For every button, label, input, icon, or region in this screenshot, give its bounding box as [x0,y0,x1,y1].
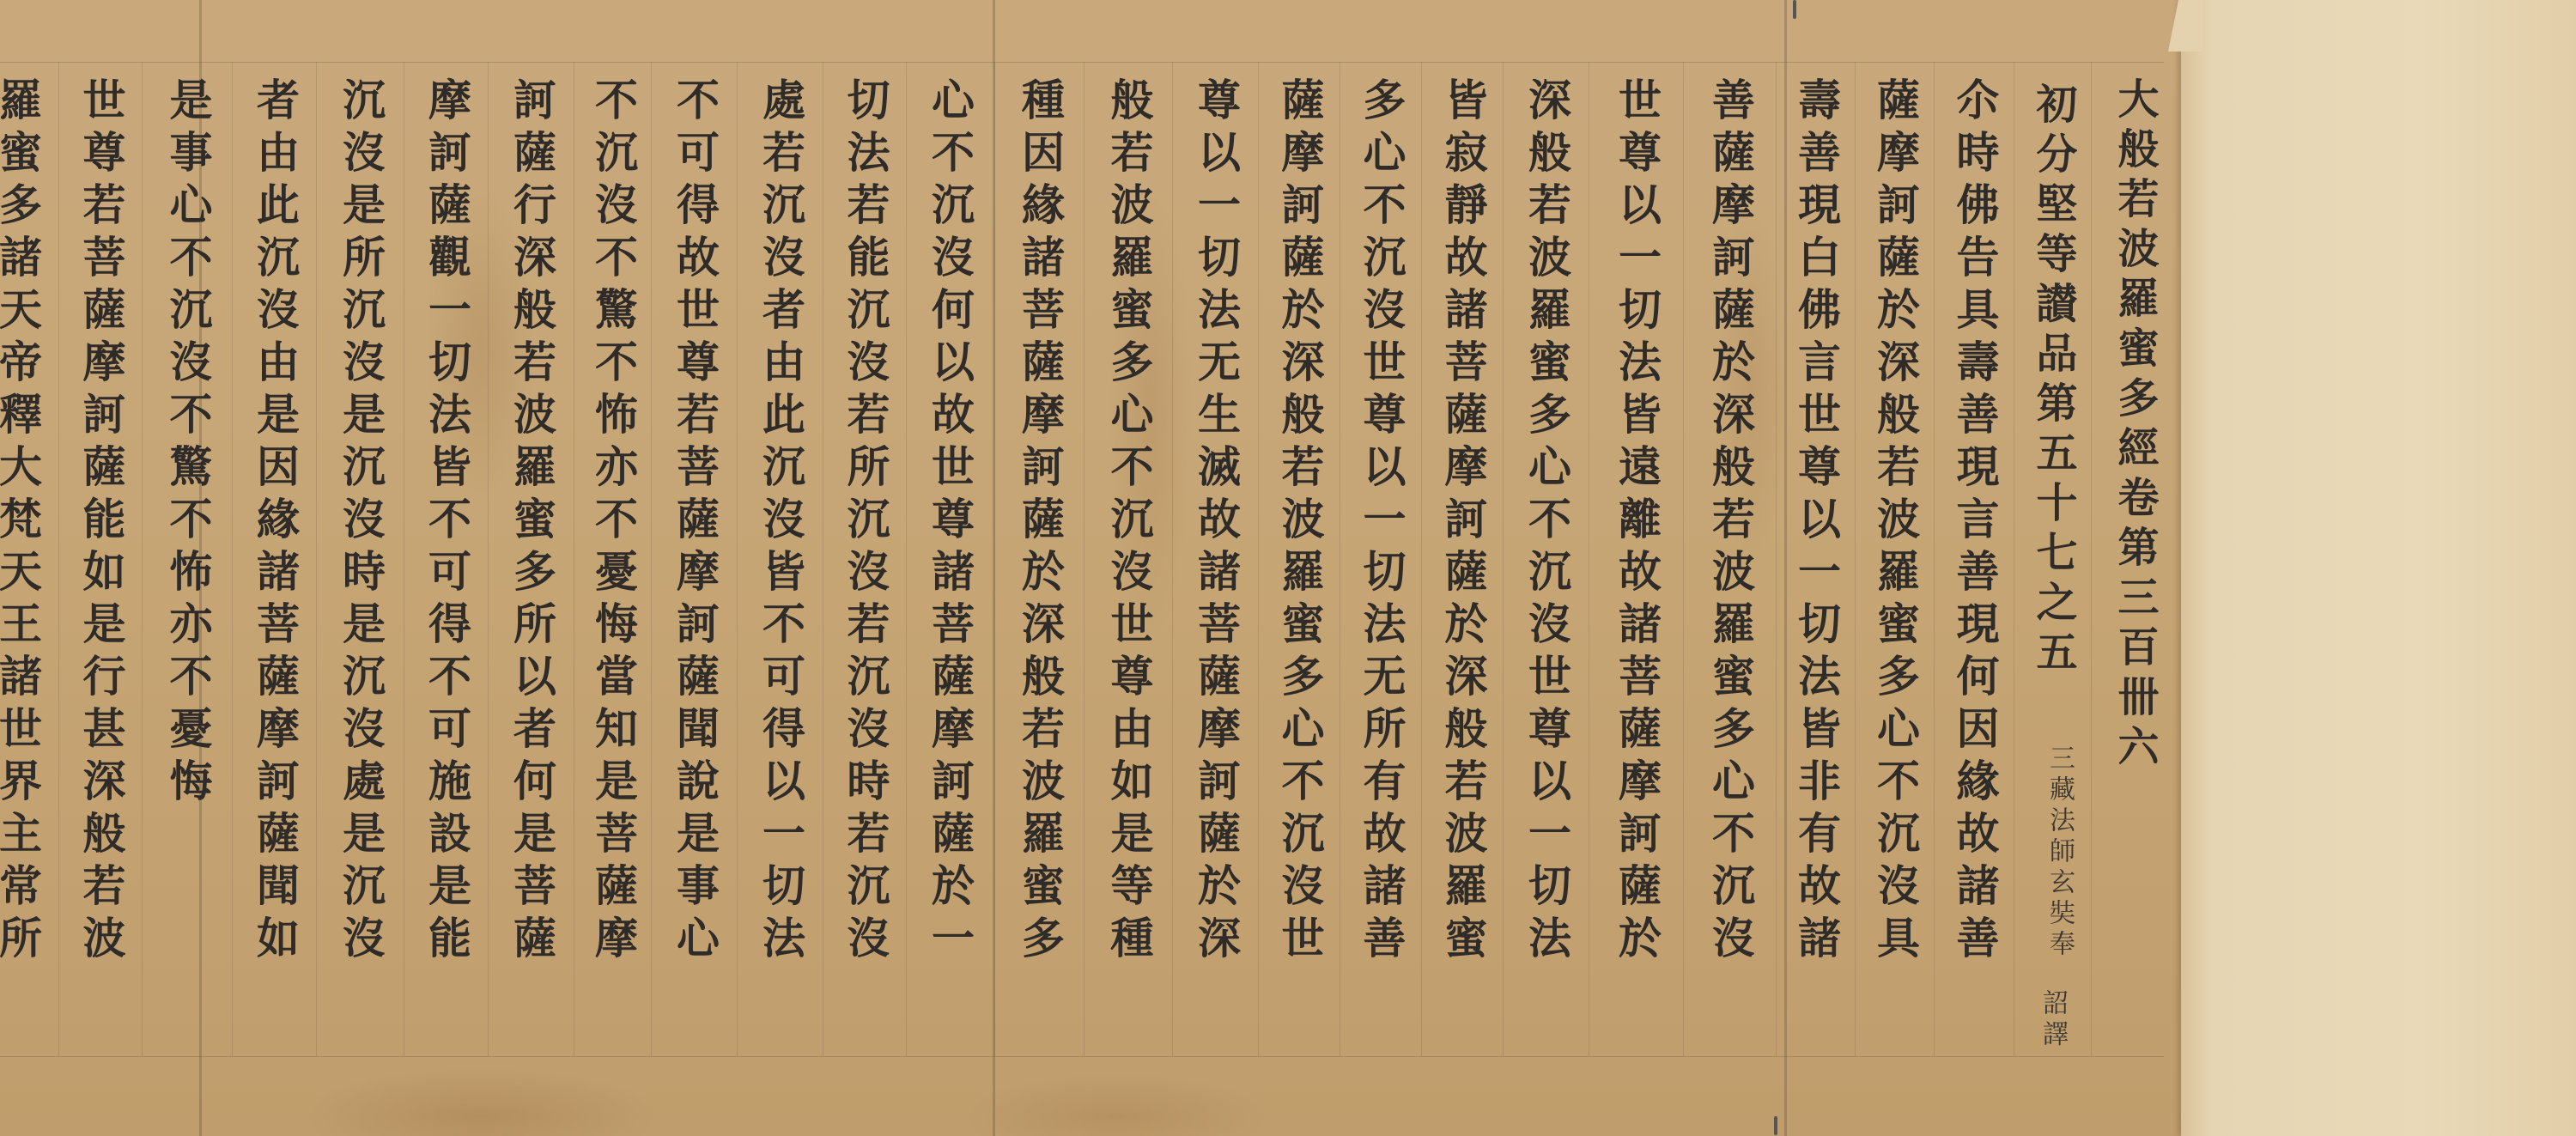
text-column: 羅蜜多諸天帝釋大梵天王諸世界主常所 [0,62,59,1056]
column-text: 壽善現白佛言世尊以一切法皆非有故諸 [1795,77,1838,968]
text-column: 薩摩訶薩於深般若波羅蜜多心不沉沒世 [1258,62,1340,1056]
column-text: 薩摩訶薩於深般若波羅蜜多心不沉沒世 [1279,77,1321,968]
scroll-cover-endpaper [2181,0,2576,1136]
column-text: 善薩摩訶薩於深般若波羅蜜多心不沉沒 [1709,77,1752,968]
text-column: 世尊若菩薩摩訶薩能如是行甚深般若波 [58,62,143,1056]
text-column: 般若波羅蜜多心不沉沒世尊由如是等種 [1084,62,1173,1056]
mounting-pin [1793,0,1796,19]
text-column: 尒時佛告具壽善現言善現何因緣故諸善 [1934,62,2014,1056]
column-text: 多心不沉沒世尊以一切法无所有故諸善 [1360,77,1403,968]
text-column: 摩訶薩觀一切法皆不可得不可施設是能 [404,62,489,1056]
column-text: 者由此沉沒由是因緣諸菩薩摩訶薩聞如 [253,77,296,968]
column-text: 羅蜜多諸天帝釋大梵天王諸世界主常所 [0,77,39,968]
scroll-paper: 大般若波羅蜜多經卷第三百卌六 初分堅等讃品第五十七之五 三藏法師玄奘奉 詔譯 尒… [0,0,2181,1136]
column-text: 訶薩行深般若波羅蜜多所以者何是菩薩 [510,77,553,968]
text-column: 者由此沉沒由是因緣諸菩薩摩訶薩聞如 [232,62,317,1056]
column-text: 尊以一切法无生滅故諸菩薩摩訶薩於深 [1194,77,1237,968]
column-text: 切法若能沉沒若所沉沒若沉沒時若沉沒 [844,77,887,968]
column-text: 是事心不沉沒不驚不怖亦不憂悔 [167,77,210,811]
text-column: 心不沉沒何以故世尊諸菩薩摩訶薩於一 [906,62,993,1056]
chapter-title: 初分堅等讃品第五十七之五 [2032,82,2074,680]
bottom-ruling-line [0,1056,2164,1057]
chapter-column: 初分堅等讃品第五十七之五 三藏法師玄奘奉 詔譯 [2014,62,2092,1056]
text-column: 薩摩訶薩於深般若波羅蜜多心不沉沒具 [1855,62,1935,1056]
text-column: 是事心不沉沒不驚不怖亦不憂悔 [142,62,233,1056]
column-text: 處若沉沒者由此沉沒皆不可得以一切法 [759,77,802,968]
column-text: 不沉沒不驚不怖亦不憂悔當知是菩薩摩 [592,77,635,968]
title-column: 大般若波羅蜜多經卷第三百卌六 [2091,62,2178,1056]
column-text: 摩訶薩觀一切法皆不可得不可施設是能 [425,77,468,968]
translator-credit-edict: 詔譯 [2033,989,2071,1051]
text-column: 訶薩行深般若波羅蜜多所以者何是菩薩 [488,62,574,1056]
column-text: 種因緣諸菩薩摩訶薩於深般若波羅蜜多 [1018,77,1061,968]
column-text: 沉沒是所沉沒是沉沒時是沉沒處是沉沒 [339,77,382,968]
sutra-title: 大般若波羅蜜多經卷第三百卌六 [2114,77,2155,775]
mounting-pin [1774,1116,1777,1135]
text-column: 尊以一切法无生滅故諸菩薩摩訶薩於深 [1172,62,1259,1056]
column-text: 薩摩訶薩於深般若波羅蜜多心不沉沒具 [1874,77,1917,968]
text-column: 皆寂靜故諸菩薩摩訶薩於深般若波羅蜜 [1421,62,1504,1056]
text-column: 深般若波羅蜜多心不沉沒世尊以一切法 [1503,62,1589,1056]
column-text: 世尊若菩薩摩訶薩能如是行甚深般若波 [80,77,123,968]
column-text: 皆寂靜故諸菩薩摩訶薩於深般若波羅蜜 [1442,77,1485,968]
text-column: 不可得故世尊若菩薩摩訶薩聞說是事心 [651,62,738,1056]
text-column: 多心不沉沒世尊以一切法无所有故諸善 [1340,62,1422,1056]
text-column: 善薩摩訶薩於深般若波羅蜜多心不沉沒 [1683,62,1777,1056]
column-text: 不可得故世尊若菩薩摩訶薩聞說是事心 [673,77,716,968]
column-text: 般若波羅蜜多心不沉沒世尊由如是等種 [1108,77,1151,968]
text-column: 種因緣諸菩薩摩訶薩於深般若波羅蜜多 [994,62,1084,1056]
translator-credit: 三藏法師玄奘奉 [2040,744,2078,961]
text-column: 切法若能沉沒若所沉沒若沉沒時若沉沒 [823,62,907,1056]
text-column: 沉沒是所沉沒是沉沒時是沉沒處是沉沒 [316,62,404,1056]
text-column: 世尊以一切法皆遠離故諸菩薩摩訶薩於 [1589,62,1684,1056]
column-text: 尒時佛告具壽善現言善現何因緣故諸善 [1953,77,1996,968]
column-text: 心不沉沒何以故世尊諸菩薩摩訶薩於一 [928,77,971,968]
text-column: 不沉沒不驚不怖亦不憂悔當知是菩薩摩 [574,62,652,1056]
column-text: 世尊以一切法皆遠離故諸菩薩摩訶薩於 [1615,77,1658,968]
text-column: 處若沉沒者由此沉沒皆不可得以一切法 [737,62,823,1056]
column-text: 深般若波羅蜜多心不沉沒世尊以一切法 [1525,77,1568,968]
text-column: 壽善現白佛言世尊以一切法皆非有故諸 [1776,62,1856,1056]
